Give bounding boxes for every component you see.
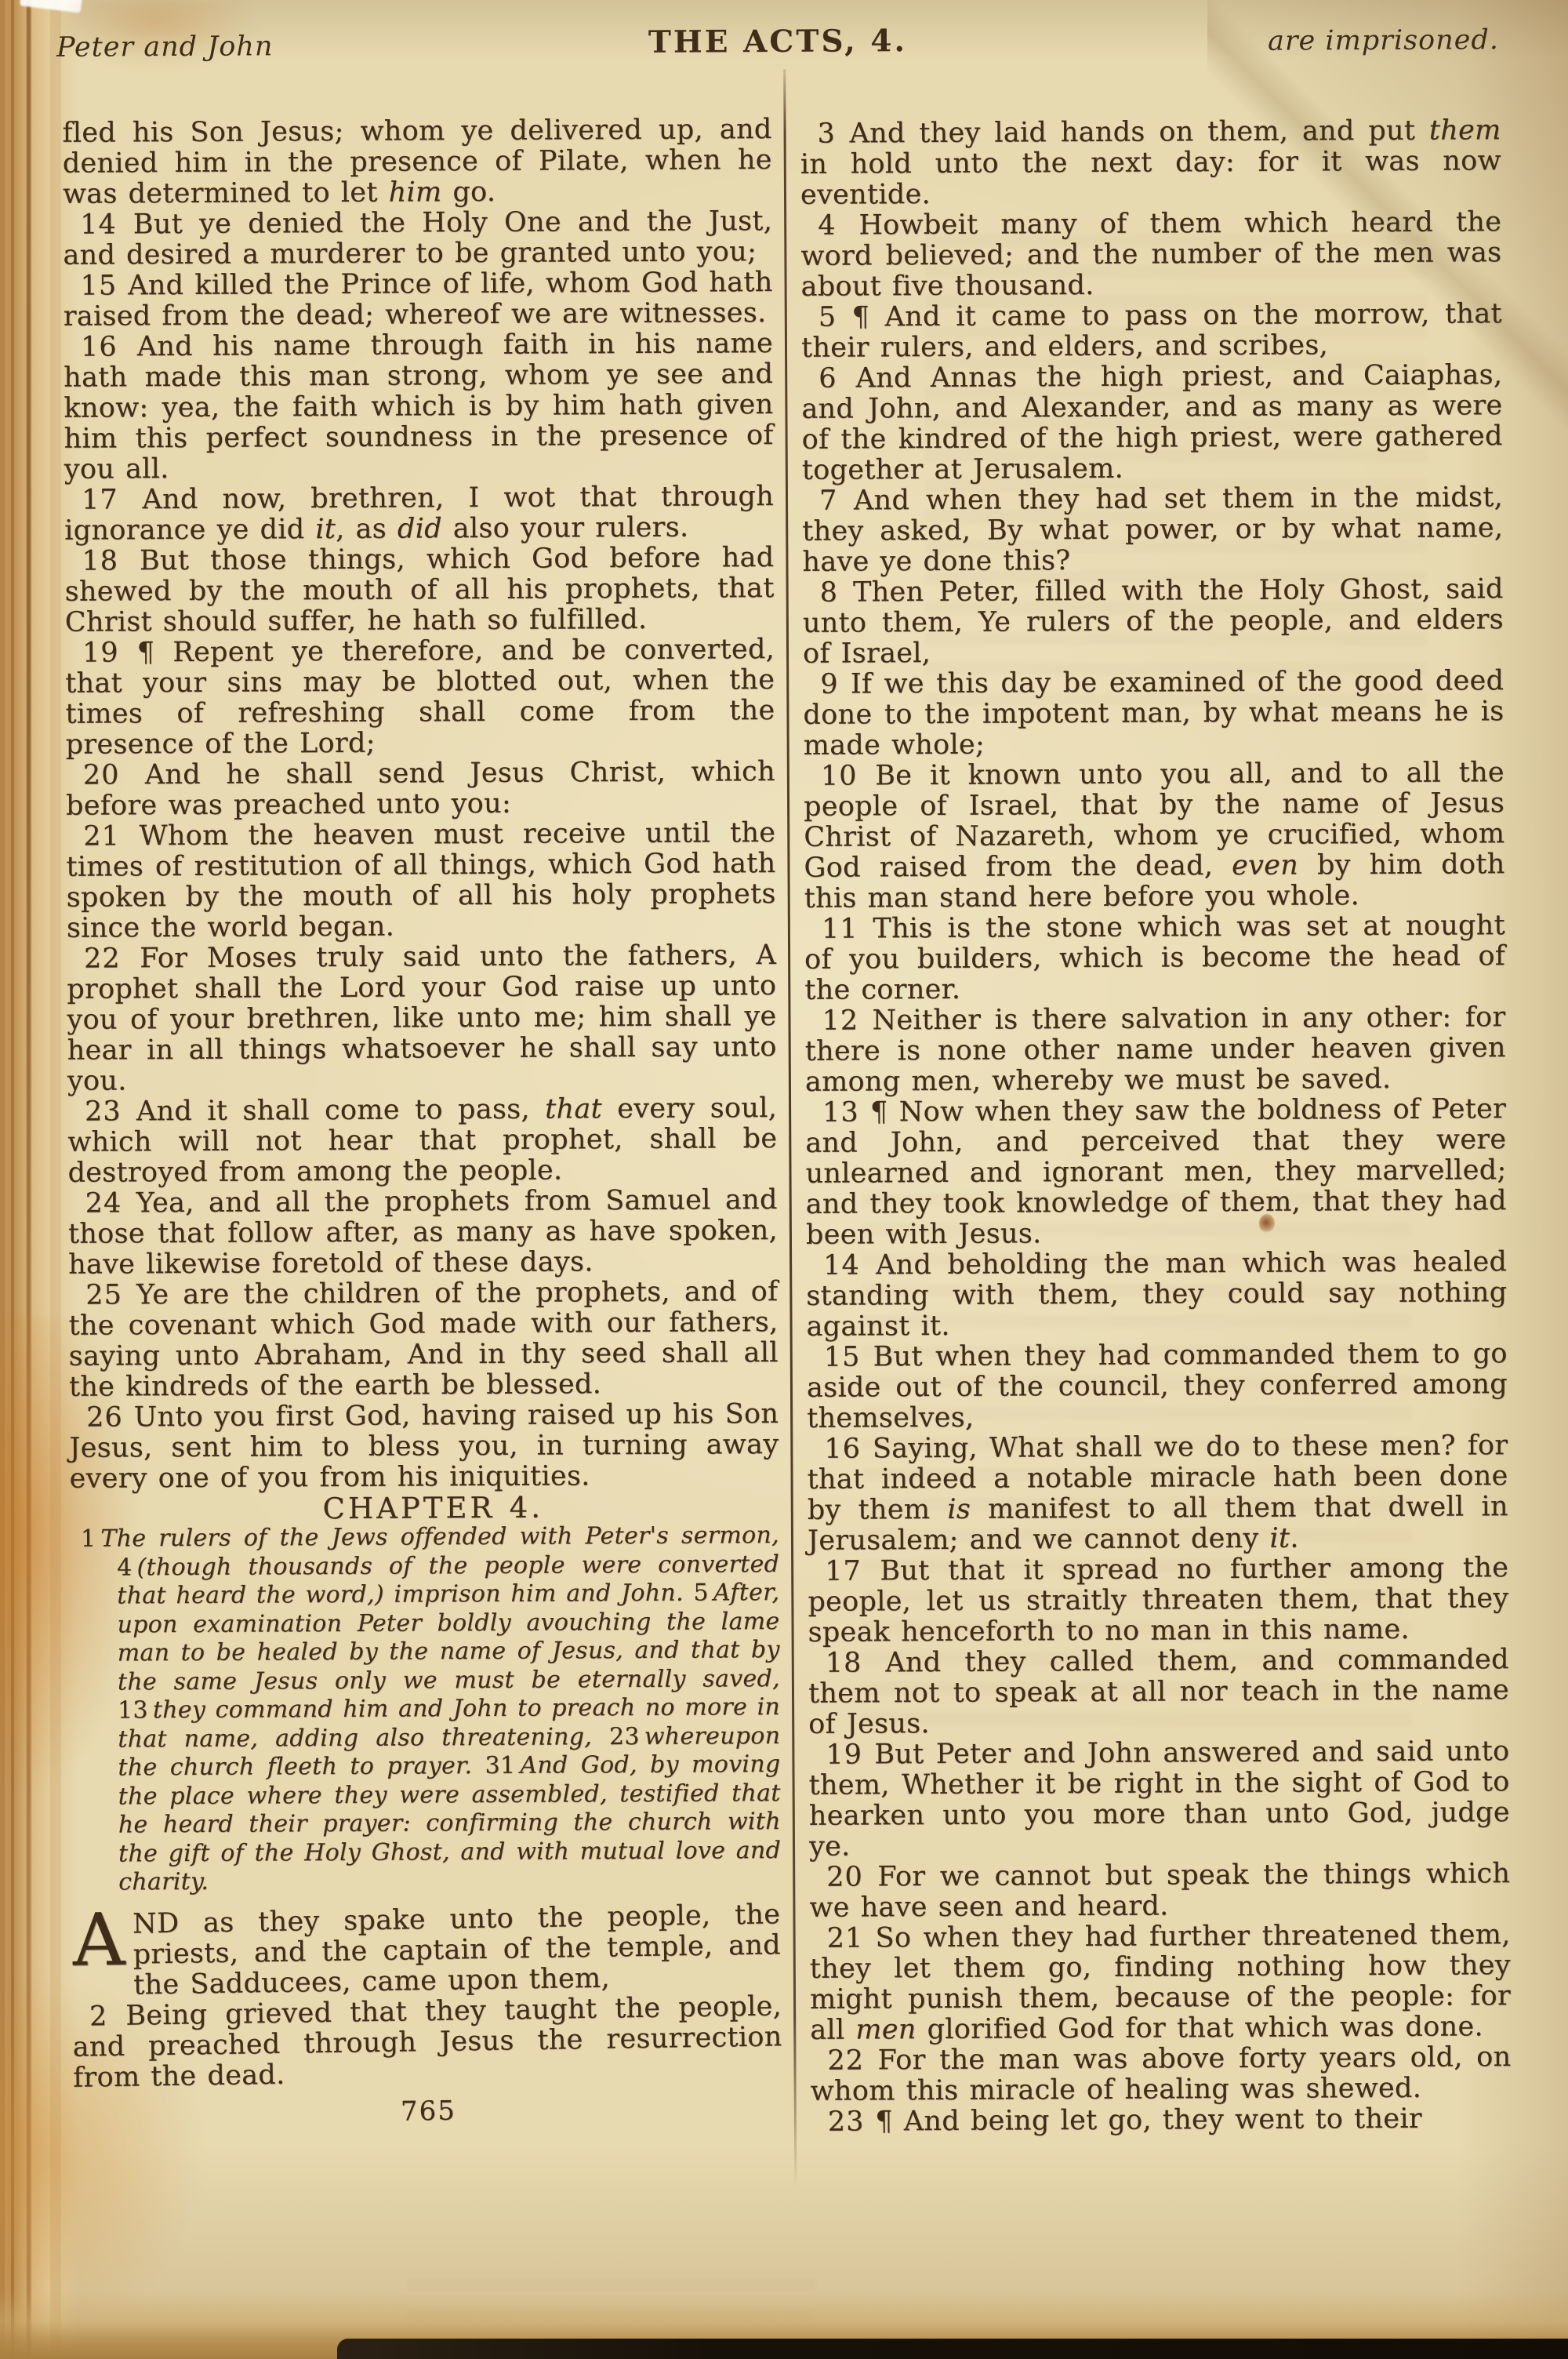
verse-number: 3 xyxy=(817,118,835,150)
summary-verse-ref: 4 xyxy=(117,1554,137,1581)
verse-paragraph: 10 Be it known unto you all, and to all … xyxy=(804,758,1505,914)
verse-number: 23 xyxy=(85,1096,122,1127)
verse-number: 22 xyxy=(84,943,121,974)
left-column-verses-after: 2 Being grieved that they taught the peo… xyxy=(72,1991,783,2093)
verse-number: 11 xyxy=(822,914,858,945)
chapter-summary: 1The rulers of the Jews offended with Pe… xyxy=(70,1521,781,1897)
verse-number: 12 xyxy=(822,1005,858,1037)
verse-number: 4 xyxy=(818,210,836,242)
verse-number: 25 xyxy=(85,1279,122,1310)
verse-paragraph: 22 For Moses truly said unto the fathers… xyxy=(67,940,777,1097)
running-head-right: are imprisoned. xyxy=(1268,24,1499,57)
summary-verse-ref: 13 xyxy=(118,1696,153,1724)
verse-paragraph: 20 For we cannot but speak the things wh… xyxy=(809,1859,1510,1924)
verse-number: 21 xyxy=(83,820,120,852)
verse-number: 14 xyxy=(80,209,117,240)
verse-paragraph: 14 But ye denied the Holy One and the Ju… xyxy=(63,206,772,271)
verse-number: 16 xyxy=(824,1433,861,1464)
chapter-heading: CHAPTER 4. xyxy=(70,1491,779,1525)
verse-number: 24 xyxy=(85,1187,122,1219)
verse-paragraph: 17 And now, brethren, I wot that through… xyxy=(64,482,774,547)
drop-cap: A xyxy=(71,1909,133,1972)
verse-paragraph: 16 Saying, What shall we do to these men… xyxy=(807,1430,1508,1557)
page-number: 765 xyxy=(74,2091,783,2132)
verse-paragraph: 18 And they called them, and commanded t… xyxy=(808,1645,1510,1740)
bible-page-scan: Peter and John THE ACTS, 4. are imprison… xyxy=(0,0,1568,2359)
verse-number: 21 xyxy=(827,1922,864,1954)
verse-number: 14 xyxy=(823,1249,860,1281)
verse-paragraph: 23 And it shall come to pass, that every… xyxy=(67,1093,778,1189)
verse-paragraph: 9 If we this day be examined of the good… xyxy=(803,666,1504,761)
chapter-opening: AND as they spake unto the people, the p… xyxy=(71,1899,783,2132)
verse-paragraph: 17 But that it spread no further among t… xyxy=(808,1553,1509,1648)
running-head: Peter and John THE ACTS, 4. are imprison… xyxy=(56,20,1499,71)
verse-paragraph: 23 ¶ And being let go, they went to thei… xyxy=(811,2103,1512,2138)
verse-number: 15 xyxy=(824,1341,861,1372)
verse-number: 20 xyxy=(83,759,120,791)
verse-number: 2 xyxy=(89,2001,108,2032)
verse-number: 19 xyxy=(826,1739,862,1770)
verse-paragraph: 20 And he shall send Jesus Christ, which… xyxy=(66,757,775,822)
verse-paragraph: 16 And his name through faith in his nam… xyxy=(64,329,774,485)
verse-paragraph: 25 Ye are the children of the prophets, … xyxy=(68,1277,779,1403)
verse-paragraph: 22 For the man was above forty years old… xyxy=(810,2042,1511,2107)
verse-number: 20 xyxy=(826,1861,863,1892)
verse-number: 5 xyxy=(818,302,837,333)
right-column-verses: 3 And they laid hands on them, and put t… xyxy=(800,115,1511,2138)
verse-number: 16 xyxy=(81,331,118,362)
verse-paragraph: 14 And beholding the man which was heale… xyxy=(806,1247,1508,1343)
verse-paragraph: 26 Unto you first God, having raised up … xyxy=(69,1399,779,1495)
verse-number: 17 xyxy=(82,484,118,515)
verse-number: 22 xyxy=(827,2045,864,2076)
verse-paragraph: 7 And when they had set them in the mids… xyxy=(802,482,1504,578)
verse-paragraph: 19 ¶ Repent ye therefore, and be convert… xyxy=(65,634,775,761)
verse-number: 10 xyxy=(821,761,858,792)
verse-paragraph: 2 Being grieved that they taught the peo… xyxy=(72,1991,783,2093)
verse-paragraph: 8 Then Peter, filled with the Holy Ghost… xyxy=(803,574,1504,670)
verse-number: 26 xyxy=(86,1401,123,1433)
verse-paragraph: 4 Howbeit many of them which heard the w… xyxy=(800,207,1502,303)
left-column: fled his Son Jesus; whom ye delivered up… xyxy=(62,114,782,2132)
verse-number: 13 xyxy=(822,1097,859,1129)
verse-paragraph: fled his Son Jesus; whom ye delivered up… xyxy=(62,114,772,210)
verse-number: 6 xyxy=(818,363,837,394)
summary-verse-ref: 5 xyxy=(693,1579,713,1606)
verse-paragraph: 21 So when they had further threatened t… xyxy=(810,1920,1512,2046)
verse-number: 17 xyxy=(825,1555,862,1587)
verse-paragraph: 3 And they laid hands on them, and put t… xyxy=(800,115,1501,211)
verse-paragraph: 11 This is the stone which was set at no… xyxy=(804,911,1506,1006)
verse-paragraph: 15 And killed the Prince of life, whom G… xyxy=(63,267,772,333)
verse-paragraph: 13 ¶ Now when they saw the boldness of P… xyxy=(805,1094,1507,1251)
right-column: 3 And they laid hands on them, and put t… xyxy=(800,115,1511,2138)
page-content: Peter and John THE ACTS, 4. are imprison… xyxy=(0,0,1568,2359)
verse-paragraph: 12 Neither is there salvation in any oth… xyxy=(804,1002,1506,1098)
summary-verse-ref: 31 xyxy=(485,1752,521,1779)
verse-paragraph: 5 ¶ And it came to pass on the morrow, t… xyxy=(801,299,1502,364)
verse-number: 18 xyxy=(82,545,118,576)
verse-paragraph: 19 But Peter and John answered and said … xyxy=(808,1736,1510,1863)
verse-number: 23 xyxy=(828,2106,865,2137)
column-divider-rule xyxy=(783,69,797,2186)
verse-paragraph: 15 But when they had commanded them to g… xyxy=(807,1339,1508,1434)
verse-paragraph: AND as they spake unto the people, the p… xyxy=(71,1899,782,2001)
verse-number: 8 xyxy=(820,577,838,609)
verse-paragraph: 21 Whom the heaven must receive until th… xyxy=(66,818,776,944)
verse-number: 18 xyxy=(826,1647,862,1678)
summary-verse-ref: 23 xyxy=(609,1722,644,1750)
verse-number: 9 xyxy=(820,669,838,700)
verse-paragraph: 18 But those things, which God before ha… xyxy=(64,543,775,638)
verse-number: 15 xyxy=(80,270,117,301)
verse-number: 7 xyxy=(819,485,837,517)
verse-paragraph: 24 Yea, and all the prophets from Samuel… xyxy=(68,1185,779,1281)
summary-verse-ref: 1 xyxy=(81,1525,101,1553)
verse-number: 19 xyxy=(82,637,119,668)
left-column-verses: fled his Son Jesus; whom ye delivered up… xyxy=(62,114,779,1495)
verse-paragraph: 6 And Annas the high priest, and Caiapha… xyxy=(801,360,1503,486)
